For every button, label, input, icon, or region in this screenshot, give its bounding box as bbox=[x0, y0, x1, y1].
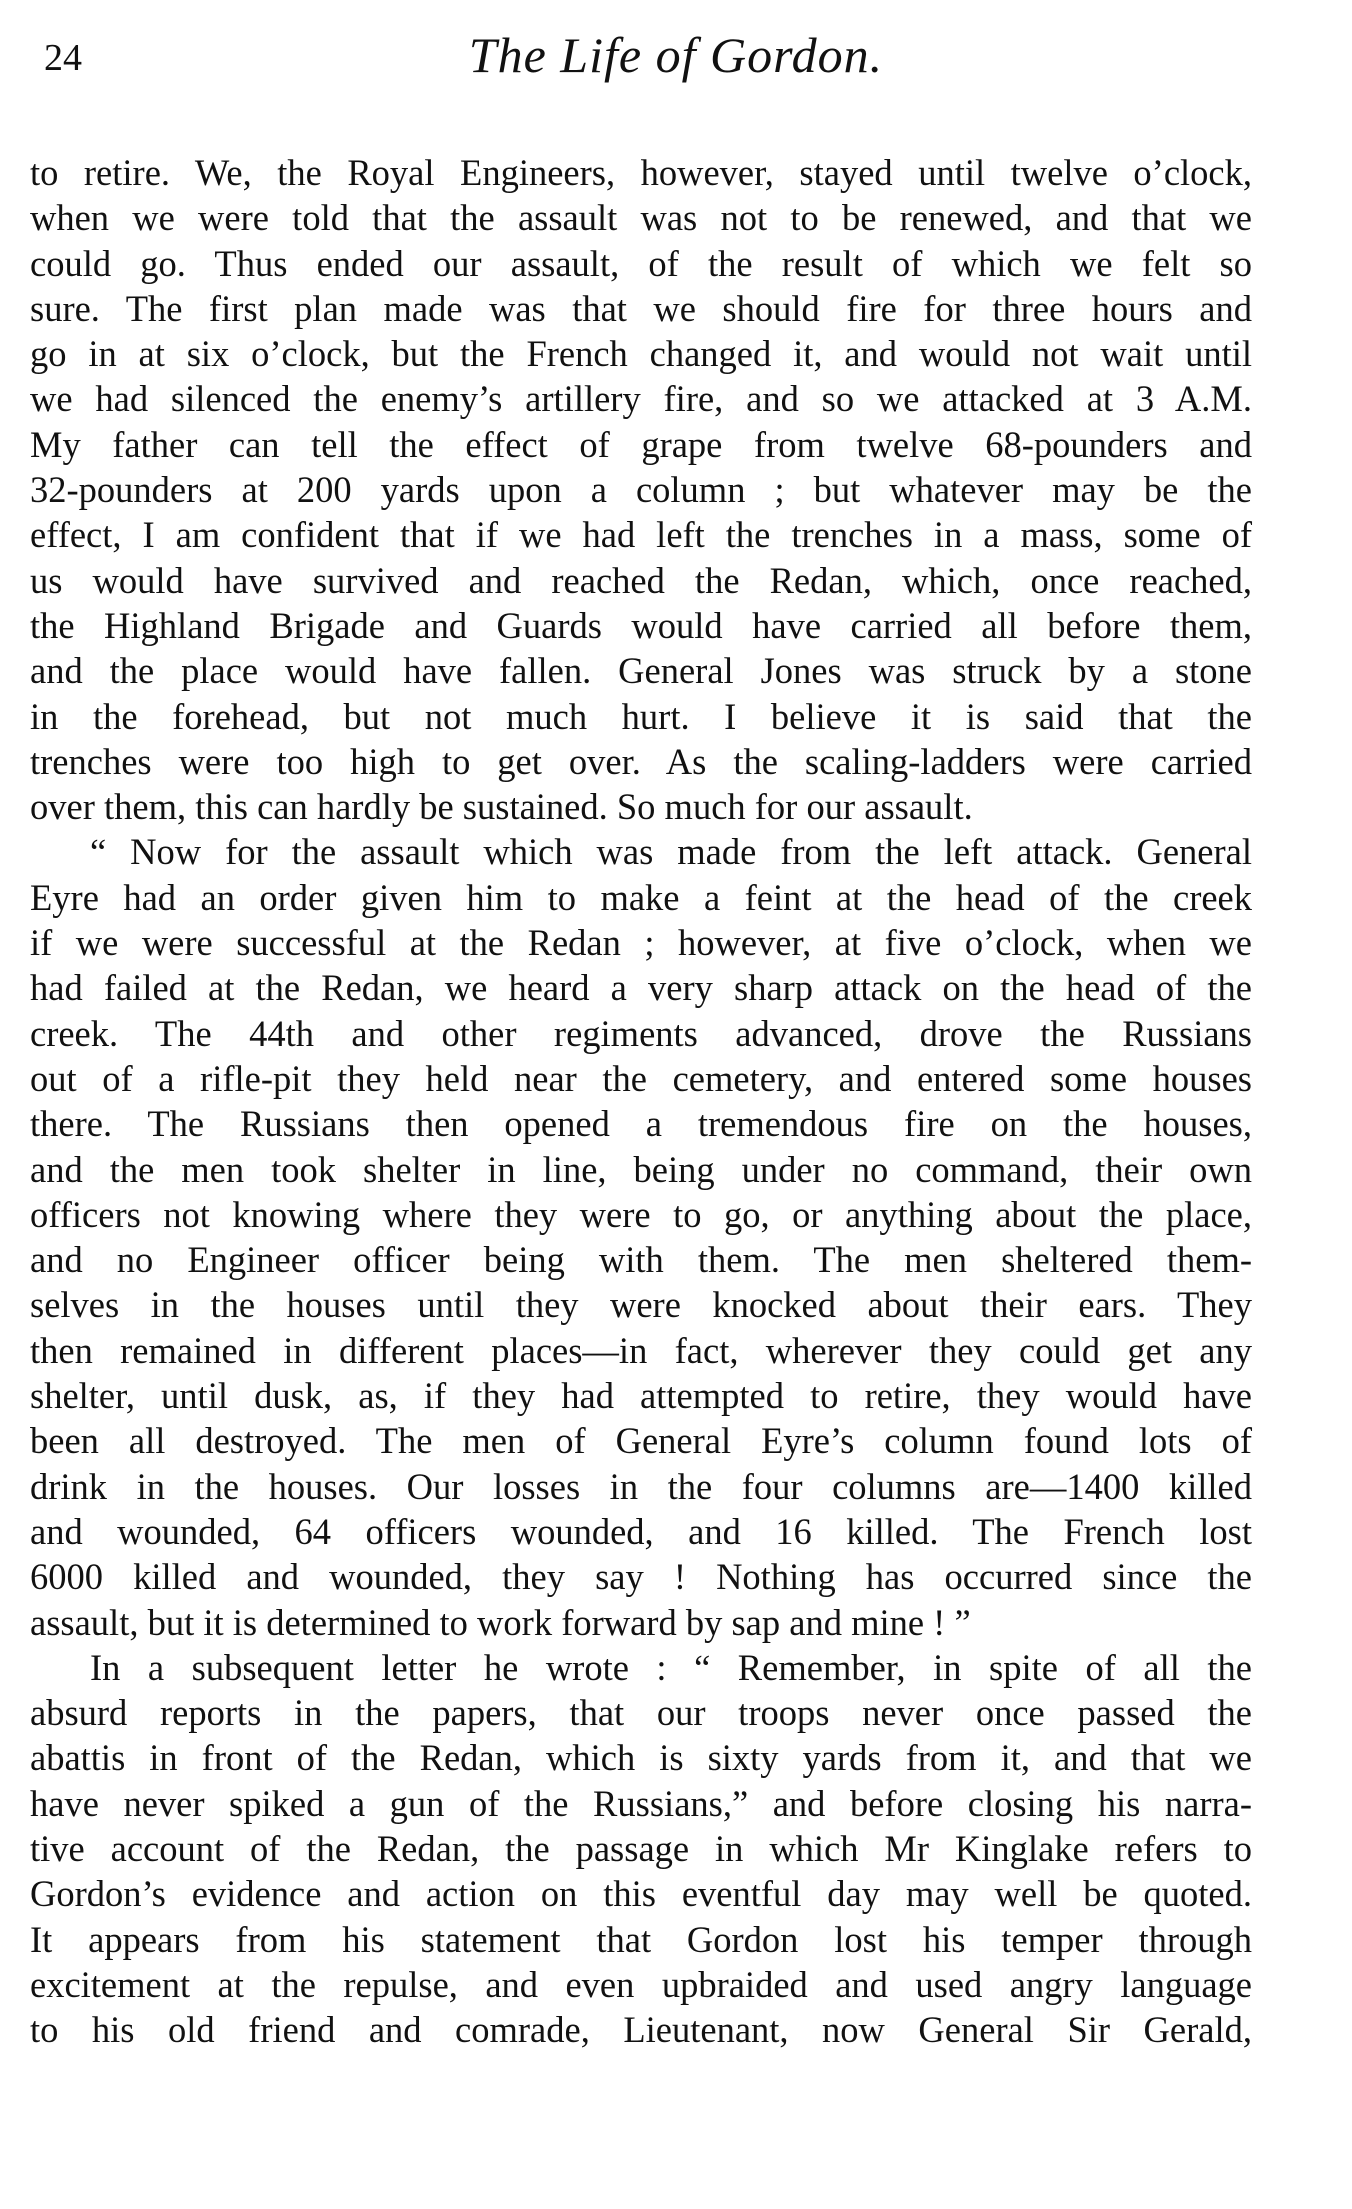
text-line: effect, I am confident that if we had le… bbox=[30, 512, 1252, 557]
text-line: “ Now for the assault which was made fro… bbox=[30, 829, 1252, 874]
book-page: 24 The Life of Gordon. to retire. We, th… bbox=[0, 0, 1352, 2209]
text-line: tive account of the Redan, the passage i… bbox=[30, 1826, 1252, 1871]
text-line: us would have survived and reached the R… bbox=[30, 558, 1252, 603]
text-line: Gordon’s evidence and action on this eve… bbox=[30, 1871, 1252, 1916]
text-line: out of a rifle-pit they held near the ce… bbox=[30, 1056, 1252, 1101]
text-line: and no Engineer officer being with them.… bbox=[30, 1237, 1252, 1282]
text-line: drink in the houses. Our losses in the f… bbox=[30, 1464, 1252, 1509]
text-line: in the forehead, but not much hurt. I be… bbox=[30, 694, 1252, 739]
text-line: abattis in front of the Redan, which is … bbox=[30, 1735, 1252, 1780]
text-line: In a subsequent letter he wrote : “ Reme… bbox=[30, 1645, 1252, 1690]
text-line: been all destroyed. The men of General E… bbox=[30, 1418, 1252, 1463]
body-text: to retire. We, the Royal Engineers, howe… bbox=[30, 150, 1252, 2052]
text-line: trenches were too high to get over. As t… bbox=[30, 739, 1252, 784]
text-line: 32-pounders at 200 yards upon a column ;… bbox=[30, 467, 1252, 512]
text-line: when we were told that the assault was n… bbox=[30, 195, 1252, 240]
text-line: sure. The first plan made was that we sh… bbox=[30, 286, 1252, 331]
text-line: could go. Thus ended our assault, of the… bbox=[30, 241, 1252, 286]
text-line: My father can tell the effect of grape f… bbox=[30, 422, 1252, 467]
text-line: then remained in different places—in fac… bbox=[30, 1328, 1252, 1373]
text-line: 6000 killed and wounded, they say ! Noth… bbox=[30, 1554, 1252, 1599]
text-line: and wounded, 64 officers wounded, and 16… bbox=[30, 1509, 1252, 1554]
text-line: shelter, until dusk, as, if they had att… bbox=[30, 1373, 1252, 1418]
text-line: It appears from his statement that Gordo… bbox=[30, 1917, 1252, 1962]
text-line: the Highland Brigade and Guards would ha… bbox=[30, 603, 1252, 648]
text-line: to retire. We, the Royal Engineers, howe… bbox=[30, 150, 1252, 195]
text-line: had failed at the Redan, we heard a very… bbox=[30, 965, 1252, 1010]
text-line: assault, but it is determined to work fo… bbox=[30, 1600, 1252, 1645]
text-line: Eyre had an order given him to make a fe… bbox=[30, 875, 1252, 920]
text-line: and the men took shelter in line, being … bbox=[30, 1147, 1252, 1192]
text-line: selves in the houses until they were kno… bbox=[30, 1282, 1252, 1327]
text-line: officers not knowing where they were to … bbox=[30, 1192, 1252, 1237]
text-line: go in at six o’clock, but the French cha… bbox=[30, 331, 1252, 376]
running-title: The Life of Gordon. bbox=[0, 26, 1352, 84]
text-line: to his old friend and comrade, Lieutenan… bbox=[30, 2007, 1252, 2052]
text-line: excitement at the repulse, and even upbr… bbox=[30, 1962, 1252, 2007]
text-line: if we were successful at the Redan ; how… bbox=[30, 920, 1252, 965]
text-line: creek. The 44th and other regiments adva… bbox=[30, 1011, 1252, 1056]
running-head: 24 The Life of Gordon. bbox=[0, 22, 1352, 92]
text-line: absurd reports in the papers, that our t… bbox=[30, 1690, 1252, 1735]
text-line: there. The Russians then opened a tremen… bbox=[30, 1101, 1252, 1146]
text-line: we had silenced the enemy’s artillery fi… bbox=[30, 376, 1252, 421]
text-line: and the place would have fallen. General… bbox=[30, 648, 1252, 693]
text-line: over them, this can hardly be sustained.… bbox=[30, 784, 1252, 829]
text-line: have never spiked a gun of the Russians,… bbox=[30, 1781, 1252, 1826]
